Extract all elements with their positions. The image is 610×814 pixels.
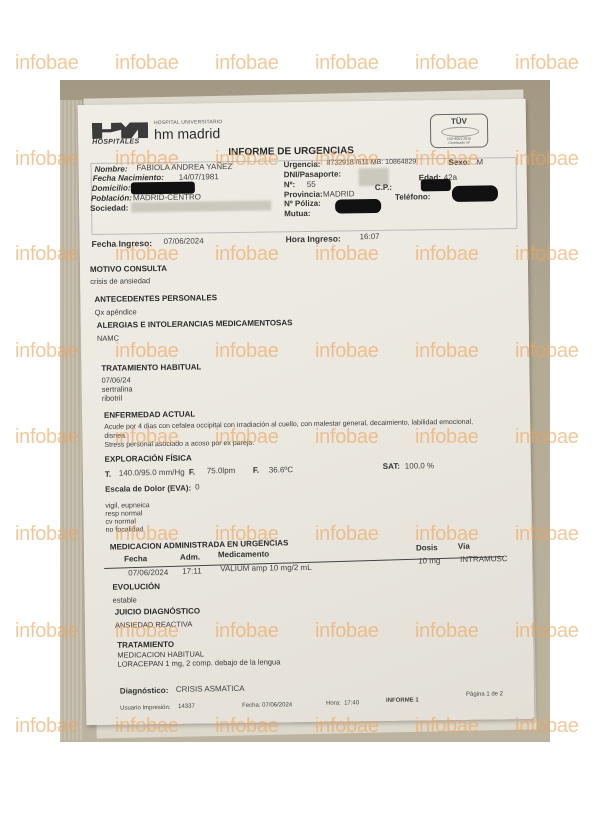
tuv-title: TÜV <box>431 116 487 126</box>
t-value: 140.0/95.0 mm/Hg <box>119 468 185 478</box>
f2-label: F. <box>253 466 259 475</box>
tratamiento-habitual-list: 07/06/24 sertralina ribotril <box>101 375 132 402</box>
hm-logo: HOSPITALES <box>92 122 148 147</box>
provincia-value: MADRID <box>323 189 355 198</box>
tratamiento-habitual-item: sertralina <box>102 384 133 393</box>
report-page: HOSPITALES HOSPITAL UNIVERSITARIO hm mad… <box>78 99 535 725</box>
f1-label: F. <box>189 468 195 477</box>
tratamiento-text: MEDICACION HABITUAL LORACEPAN 1 mg, 2 co… <box>117 648 280 668</box>
hm-logo-icon <box>92 122 148 139</box>
redacted-telefono <box>452 185 498 202</box>
med-cell-fecha: 07/06/2024 <box>128 568 168 578</box>
med-header-dosis: Dosis <box>416 543 438 552</box>
infobae-watermark: infobae <box>115 52 179 75</box>
evolucion-title: EVOLUCIÓN <box>112 582 160 592</box>
cp-label: C.P.: <box>375 183 392 192</box>
page-title: INFORME DE URGENCIAS <box>228 145 354 158</box>
diagnostico-label: Diagnóstico: <box>120 686 169 696</box>
infobae-watermark: infobae <box>15 52 79 75</box>
telefono-label: Teléfono: <box>395 192 431 201</box>
med-header-fecha: Fecha <box>124 554 147 563</box>
enfermedad-text: Acude por 4 dias con cefalea occipital c… <box>104 418 473 450</box>
fecha-nac-value: 14/07/1981 <box>179 172 219 182</box>
t-label: T. <box>105 470 111 479</box>
med-cell-adm: 17:11 <box>182 566 202 575</box>
motivo-title: MOTIVO CONSULTA <box>90 264 167 274</box>
redacted-cp <box>421 179 451 191</box>
blurred-sociedad <box>131 200 271 212</box>
sat-value: 100.0 % <box>405 461 434 470</box>
hora-ingreso-value: 16:07 <box>359 232 379 241</box>
usuario-label: Usuario Impresión: <box>120 705 170 712</box>
diagnostico-value: CRISIS ASMATICA <box>176 684 245 694</box>
exploracion-title: EXPLORACIÓN FÍSICA <box>105 454 192 464</box>
mutua-label: Mutua: <box>284 209 310 218</box>
evolucion-text: estable <box>113 595 137 604</box>
nombre-value: FABIOLA ANDREA YAÑEZ <box>137 162 233 172</box>
sexo-value: M <box>476 158 483 167</box>
exploracion-note: no focalidad <box>106 526 150 535</box>
poblacion-label: Población: <box>91 193 132 203</box>
numero-value: 55 <box>307 180 316 189</box>
infobae-watermark: infobae <box>515 52 579 75</box>
tratamiento-line: LORACEPAN 1 mg, 2 comp. debajo de la len… <box>117 657 280 668</box>
alergias-text: NAMC <box>97 334 119 343</box>
document-photo: HOSPITALES HOSPITAL UNIVERSITARIO hm mad… <box>60 80 550 742</box>
dni-label: DNI/Pasaporte: <box>284 169 341 179</box>
footer-hora-value: 17:40 <box>344 700 359 706</box>
redacted-poliza <box>335 199 381 214</box>
usuario-value: 14337 <box>178 704 195 710</box>
hospital-name: hm madrid <box>154 125 220 142</box>
tuv-line2: Certificado Nº <box>431 140 487 145</box>
urgencia-value: 8732918 /611 MB: 10864829 <box>326 158 416 166</box>
tratamiento-habitual-title: TRATAMIENTO HABITUAL <box>101 362 201 372</box>
fecha-ingreso-value: 07/06/2024 <box>164 236 204 246</box>
med-cell-dosis: 10 mg <box>418 556 440 565</box>
antecedentes-text: Qx apéndice <box>95 307 137 317</box>
alergias-title: ALERGIAS E INTOLERANCIAS MEDICAMENTOSAS <box>97 318 293 330</box>
informe-number: INFORME 1 <box>386 697 419 703</box>
footer-hora-label: Hora: <box>326 701 341 707</box>
tuv-cert-text: ISO 9001:2015 Certificado Nº <box>431 136 487 145</box>
exploracion-notes: vigil, eupneica resp normal cv normal no… <box>105 502 150 535</box>
med-cell-medicamento: VALIUM amp 10 mg/2 mL <box>220 563 312 573</box>
antecedentes-title: ANTECEDENTES PERSONALES <box>94 293 217 304</box>
infobae-watermark: infobae <box>315 52 379 75</box>
tuv-certification-badge: TÜV ISO 9001:2015 Certificado Nº <box>430 113 488 148</box>
eva-label: Escala de Dolor (EVA): <box>105 484 191 494</box>
tratamiento-title: TRATAMIENTO <box>117 640 174 650</box>
tratamiento-habitual-item: 07/06/24 <box>101 375 132 384</box>
urgencia-label: Urgencia: <box>283 160 320 170</box>
med-cell-via: INTRAMUSC <box>460 554 508 564</box>
enfermedad-title: ENFERMEDAD ACTUAL <box>104 410 195 420</box>
med-header-medicamento: Medicamento <box>218 550 269 560</box>
eva-value: 0 <box>195 482 200 491</box>
page-number: Página 1 de 2 <box>466 691 503 698</box>
med-header-adm: Adm. <box>180 552 200 561</box>
f2-value: 36.6ºC <box>269 465 293 474</box>
logo-text: HOSPITALES <box>92 138 139 146</box>
hora-ingreso-label: Hora Ingreso: <box>286 233 341 244</box>
nombre-label: Nombre: <box>95 164 128 173</box>
f1-value: 75.0lpm <box>207 466 236 475</box>
poliza-label: Nº Póliza: <box>284 199 321 209</box>
footer-fecha-label: Fecha: <box>242 703 260 709</box>
footer-fecha-value: 07/06/2024 <box>262 702 292 708</box>
infobae-watermark: infobae <box>215 52 279 75</box>
motivo-text: crisis de ansiedad <box>90 276 150 286</box>
med-header-via: Via <box>458 542 470 551</box>
sexo-label: Sexo: <box>448 158 470 167</box>
sat-label: SAT: <box>383 462 400 471</box>
juicio-title: JUICIO DIAGNÓSTICO <box>115 606 200 616</box>
juicio-text: ANSIEDAD REACTIVA <box>115 620 193 630</box>
tratamiento-habitual-item: ribotril <box>102 393 133 402</box>
infobae-watermark: infobae <box>415 52 479 75</box>
tuv-oval-icon <box>441 127 479 138</box>
numero-label: Nº: <box>284 180 295 189</box>
sociedad-label: Sociedad: <box>90 203 128 213</box>
fecha-ingreso-label: Fecha Ingreso: <box>92 238 153 249</box>
domicilio-label: Domicilio: <box>92 183 131 193</box>
